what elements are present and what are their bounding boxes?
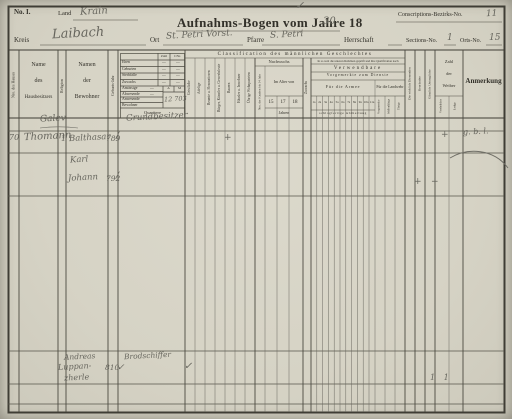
summary-row-label: Sterbfälle [122,74,137,78]
armee-label: Für die Armee [311,82,375,92]
summary-row-value: — [162,81,166,85]
beurlaubte-column-header: Beurlaubte [415,52,425,116]
summary-row-value: — [176,68,180,72]
check-slash-mark: ∕ [116,172,119,181]
land-label: Land [58,11,71,18]
owner-prefix-number: 1 [61,135,66,143]
religion-column-header: Religion [58,58,66,114]
bottom-resident-name-line1: Andreas [64,352,96,361]
summary-mid-label: Anwesende [122,98,140,102]
tally-ones-mark: 1 1 [430,374,452,382]
weiber-header-line1: Zahl [435,58,463,67]
age-column-header: 17 [277,97,289,107]
age-column-header: 18 [289,97,301,107]
remark-entry: g. b. l. [463,127,489,136]
summary-row-value: — [176,74,180,78]
nachwuchs-group-header: Nachwuchs [255,58,303,66]
verwendbare-title: Verwendbare [311,64,405,72]
owner-column-header-line3: Hausbesitzers [19,92,58,102]
owner-column-header-line1: Name [19,60,58,70]
summary-row-value: — [162,74,166,78]
classification-title: Classification des männlichen Geschlecht… [185,50,405,58]
handwritten-dash-stroke [450,151,508,168]
summary-row-value: — [162,68,166,72]
weiber-header-line2: der [435,70,463,79]
title-year-handwritten: 30 [323,17,336,27]
landwehr-column-header: Vorgemerkte [375,96,385,117]
summary-mid-head-m: M [174,86,185,92]
tally-plus-mark: + [441,131,449,140]
weiber-subcolumn-header: Verehelichte [435,96,449,117]
owner-column-header-line2: des [19,76,58,86]
conscription-district-label: Conscriptions-Bezirks-No. [398,12,463,18]
orts-label: Orts-No. [460,38,481,44]
summary-mid-label: Ansässige [122,87,137,91]
ort-label: Ort [150,37,159,44]
nachwuchs-side-column-header: Nro. der Knaben bis 14 Jahr [255,67,265,117]
birth-year-column-header: Geburts-Jahr [108,58,118,114]
weiber-header-line3: Weiber [435,82,463,91]
conscription-district-value: 11 [486,10,498,20]
weiber-subcolumn-header: Ledige [449,96,463,117]
classification-column-header: Bürger, Künstler u. Gewerbsleute [215,60,225,116]
herrschaft-label: Herrschaft [344,37,374,44]
land-value-handwritten: Krain [80,6,108,17]
summary-mid-head-a: A [163,86,174,92]
landwehr-label: Für die Landwehr [375,81,405,95]
summary-row-label: Ehen [122,61,130,65]
check-mark: ✓ [184,362,192,372]
orts-value: 15 [489,34,500,43]
landwehr-column-header: Übrige [395,96,405,117]
verwendbare-subtitle: Vorgemerkte zum Dienste [311,72,405,80]
summary-row-label: Zuwachs [122,81,136,85]
classification-column-header: Bauern [225,60,235,116]
summary-row-value: — [176,81,180,85]
kreis-label: Kreis [14,37,29,44]
remarks-column-header: Anmerkung [463,74,504,88]
tally-plus-mark: + [224,134,232,143]
summary-mid-label: Abwesende [122,93,140,97]
resident-name-entry: Karl [70,156,89,165]
dienende-column-header: Die wirklich Dienenden [405,52,415,116]
nachwuchs-alter-label: Im Alter von [265,76,303,88]
summary-mid-value: — [150,87,154,91]
house-number-entry: 70 [9,134,19,142]
summary-mid-value: — [150,93,154,97]
classification-column-header: Geistliche [185,60,195,116]
checkmark-above-title: ✓ [295,0,304,11]
sections-value: 1 [447,34,453,43]
armee-bottom-label: schlagfertige Abtheilung [311,110,375,118]
residents-column-header-line1: Namen [66,60,108,70]
summary-row-value: — [162,61,166,65]
owner-entry-line1: Galev [40,114,66,124]
house-number-column-header: Nro. des Hauses [8,54,19,116]
tally-plus-mark: + [431,178,439,187]
scanned-census-form: No. I. Land Krain Aufnahms-Bogen vom Jah… [0,0,512,419]
check-mark: ✓ [117,364,125,373]
sections-label: Sections-No. [406,38,437,44]
age-column-header: 15 [265,97,277,107]
residents-column-header-line3: Bewohner [66,92,108,102]
form-number: No. I. [14,9,31,16]
summary-handwritten-value: 12 703 [164,95,187,103]
classification-column-header: Häusler u. Inwohner [235,60,245,116]
tally-plus-mark: + [414,178,422,187]
kreis-value: Laibach [52,26,105,42]
classification-column-header: Adelige [195,60,205,116]
untaugliche-column-header: Gänzlich Untaugliche [425,52,435,116]
landwehr-column-header: Waffenfähige [385,96,395,117]
pfarre-value: S. Petri [270,30,304,41]
zuwachs-column-header: Zuwachs [303,60,311,116]
classification-column-header: Übrige Wohnparteien [245,60,255,116]
summary-row-value: — [176,61,180,65]
resident-name-entry: Johann [68,173,98,183]
resident-name-entry: Balthasar [69,133,111,144]
bottom-resident-name-line3: zherle [64,373,90,382]
classification-column-header: Beamte u. Honoratioren [205,60,215,116]
pfarre-label: Pfarre [247,37,264,44]
handwritten-underline-stroke [40,127,78,128]
summary-row-label: Geburten [122,68,136,72]
check-slash-mark: ∕ [116,132,119,141]
summary-mid-label: Bewohner [122,104,138,108]
residents-column-header-line2: der [66,76,108,86]
nachwuchs-unit-label: Jahren [265,108,303,117]
